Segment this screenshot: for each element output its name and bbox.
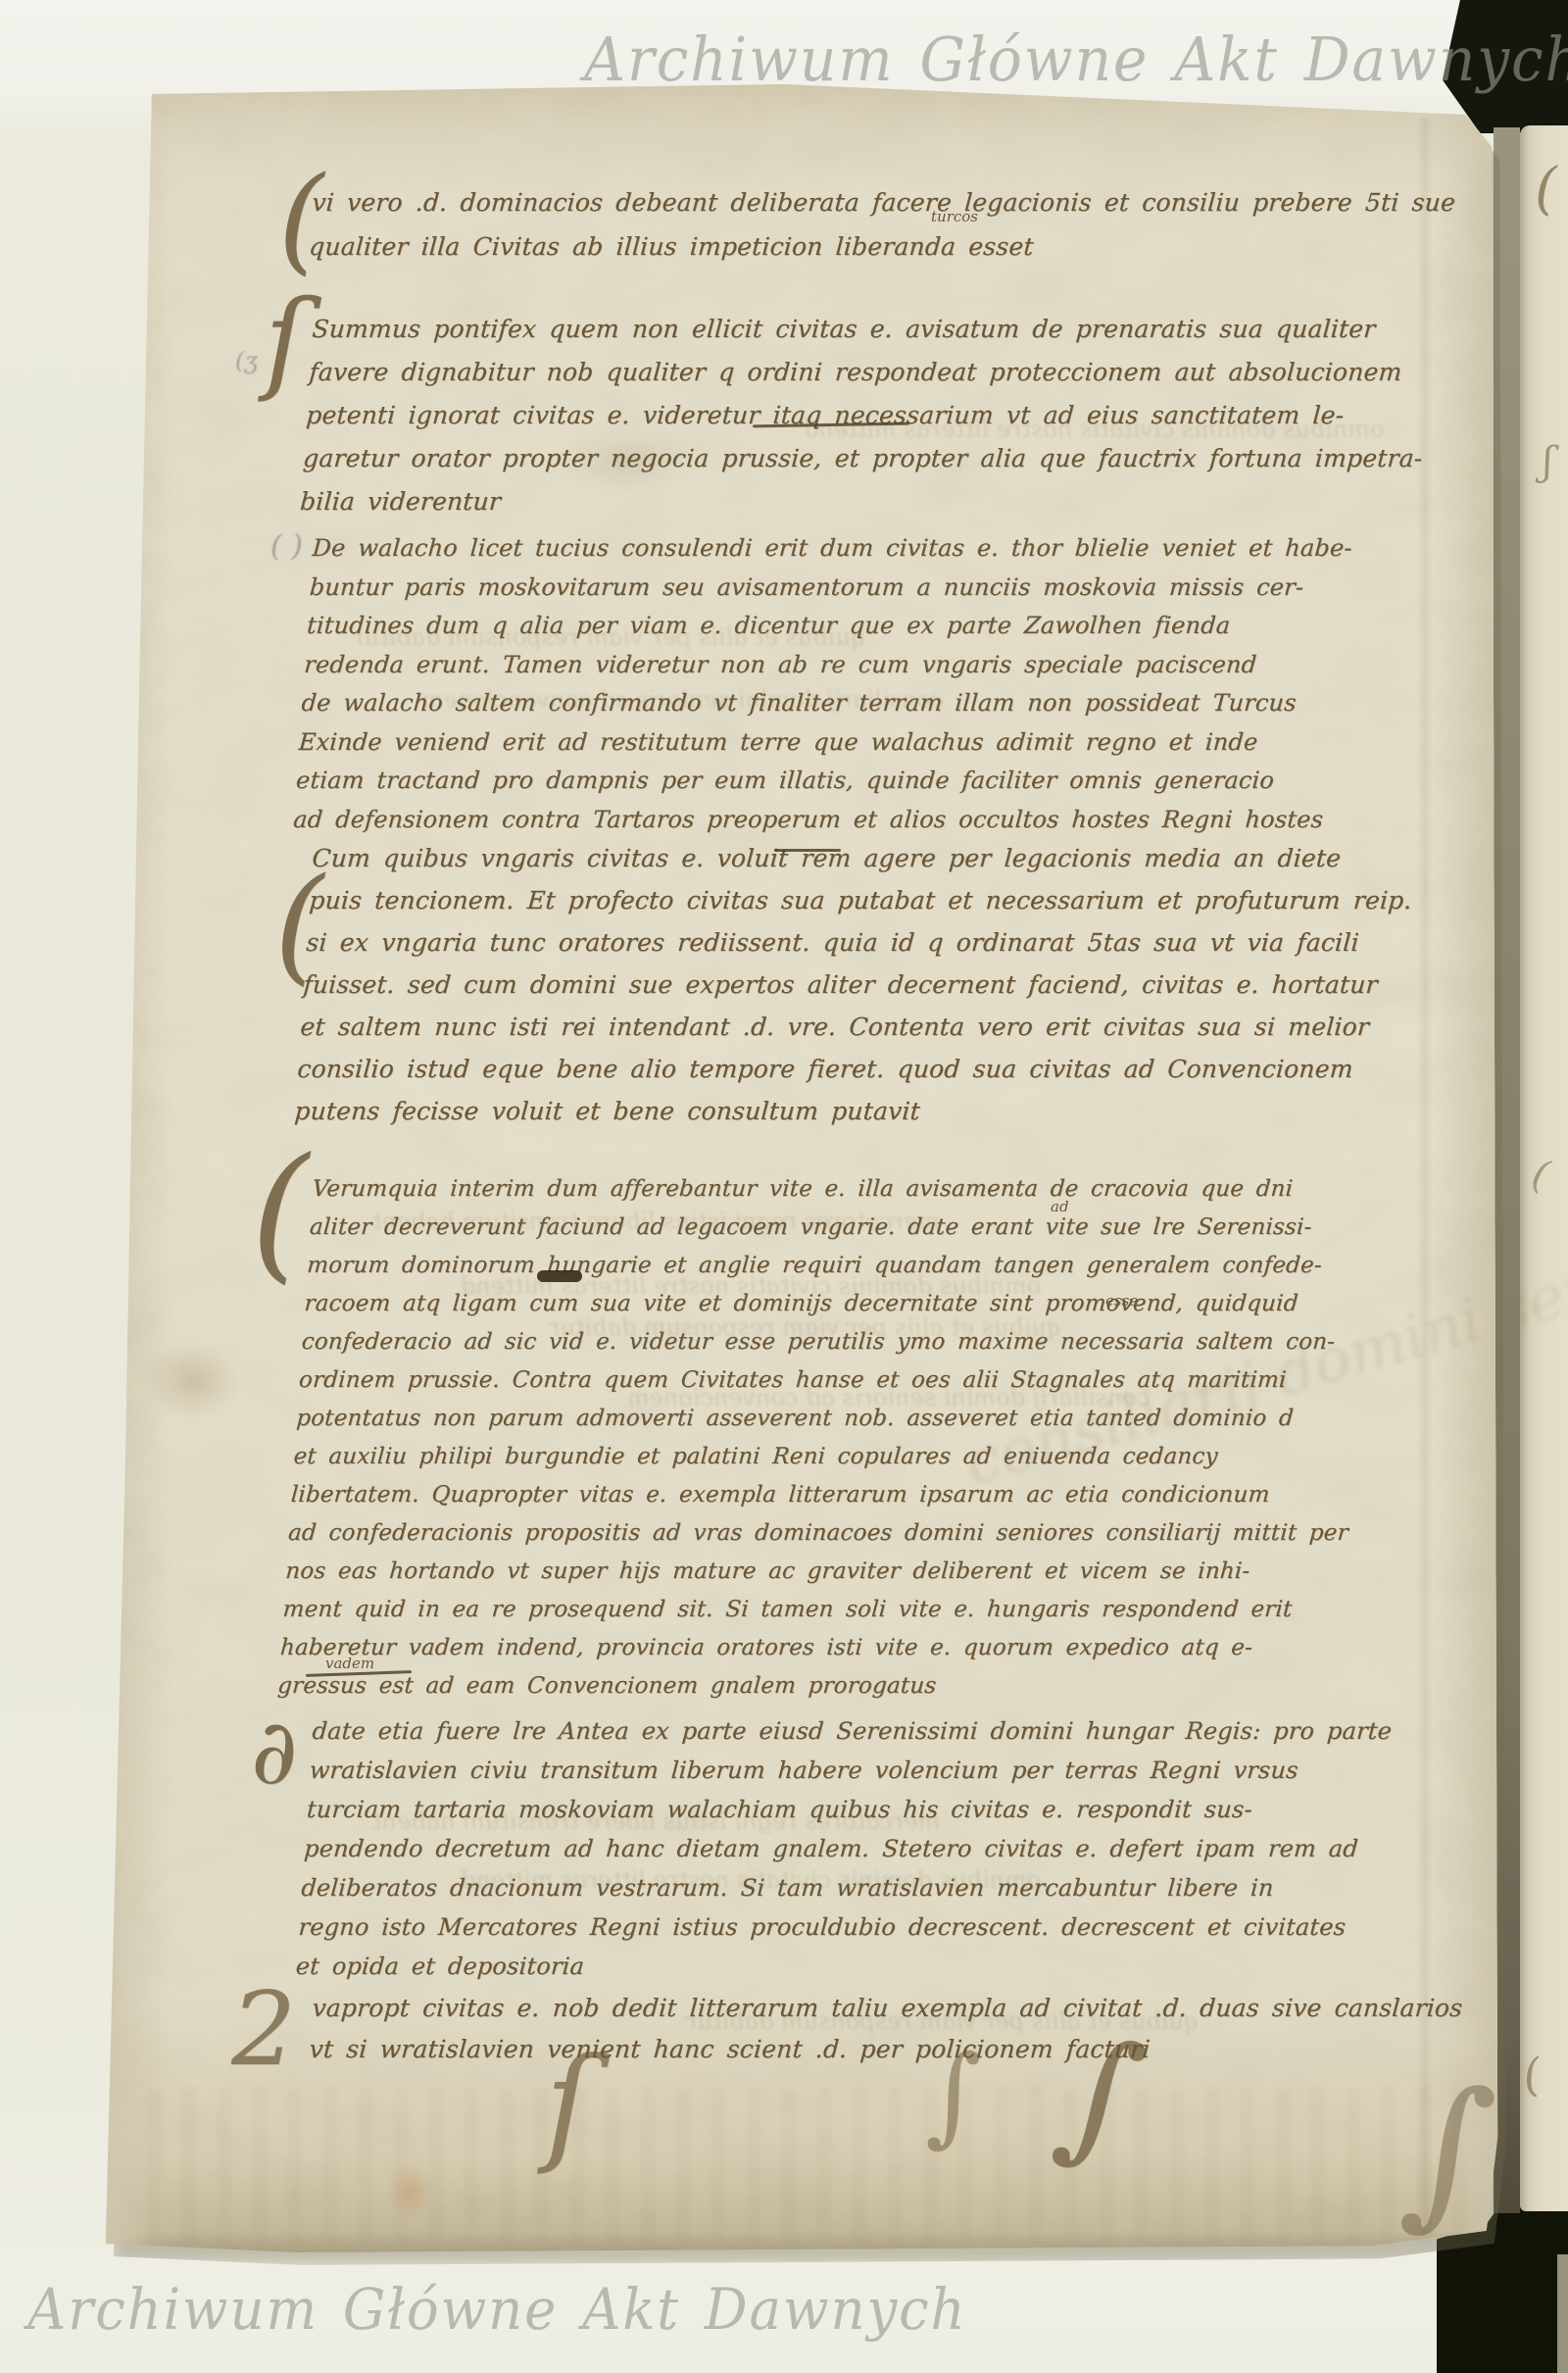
initial-flourish: ( <box>278 161 323 276</box>
text-line: qualiter illa Civitas ab illius impetici… <box>308 224 1454 269</box>
ink-blot-correction <box>537 1270 582 1282</box>
text-line: putens fecisse voluit et bene consultum … <box>293 1090 1398 1132</box>
interlinear-insert: turcos <box>931 208 978 225</box>
ink-strikethrough <box>774 849 841 852</box>
text-line: haberetur vadem indend, provincia orator… <box>279 1629 1342 1667</box>
text-line: puis tencionem. Et profecto civitas sua … <box>308 879 1413 921</box>
text-line: et auxiliu philipi burgundie et palatini… <box>292 1438 1354 1476</box>
text-line: titudines dum q alia per viam e. dicentu… <box>306 607 1348 646</box>
text-line: nos eas hortando vt super hijs mature ac… <box>284 1553 1347 1591</box>
text-line: potentatus non parum admoverti asseveren… <box>295 1400 1357 1438</box>
text-line: garetur orator propter negocia prussie, … <box>302 437 1424 480</box>
text-line: deliberatos dnacionum vestrarum. Si tam … <box>300 1868 1382 1907</box>
paragraph-5: Verumquia interim dum afferebantur vite … <box>276 1170 1374 1706</box>
text-line: si ex vngaria tunc oratores rediissent. … <box>305 921 1410 964</box>
text-line: petenti ignorat civitas e. videretur ita… <box>305 394 1427 437</box>
archive-watermark-bottom: Archiwum Główne Akt Dawnych <box>27 2276 967 2343</box>
interlinear-insert: vadem <box>325 1655 374 1672</box>
page-wrinkles <box>147 2088 1480 2245</box>
text-line: et saltem nunc isti rei intendant .d. vr… <box>299 1006 1404 1048</box>
text-line: turciam tartaria moskoviam walachiam qui… <box>306 1790 1388 1829</box>
descender-flourish: ∫ <box>925 2041 981 2149</box>
paragraph-2: Summus pontifex quem non ellicit civitas… <box>299 308 1434 523</box>
text-line: Cum quibus vngaris civitas e. voluit rem… <box>311 837 1416 879</box>
text-line: buntur paris moskovitarum seu avisamento… <box>308 569 1350 608</box>
paragraph-1: vi vero .d. dominacios debeant deliberat… <box>308 180 1457 269</box>
text-line: redenda erunt. Tamen videretur non ab re… <box>303 646 1346 685</box>
text-line: et opida et depositoria <box>294 1947 1376 1986</box>
text-line: morum dominorum hungarie et anglie requi… <box>306 1247 1368 1285</box>
manuscript-scan: ( ʃ ( ( omnibus dominis civitatis nostre… <box>0 0 1568 2373</box>
facing-page-ink-mark: ( <box>1535 155 1557 222</box>
text-line: Exinde veniend erit ad restitutum terre … <box>297 723 1340 763</box>
facing-page-ink-mark: ʃ <box>1543 439 1553 484</box>
text-line: ad defensionem contra Tartaros preoperum… <box>292 801 1335 840</box>
text-line: etiam tractand pro dampnis per eum illat… <box>295 762 1338 801</box>
text-line: vi vero .d. dominacios debeant deliberat… <box>311 180 1457 224</box>
text-line: vapropt civitas e. nob dedit litterarum … <box>311 1988 1464 2029</box>
archive-watermark-top: Archiwum Główne Akt Dawnych <box>584 24 1568 95</box>
initial-flourish: ( <box>251 1139 309 1286</box>
interlinear-insert: ad <box>1051 1198 1069 1215</box>
text-line: pendendo decretum ad hanc dietam gnalem.… <box>303 1829 1385 1868</box>
text-line: de walacho saltem confirmando vt finalit… <box>300 684 1343 723</box>
text-line: gressus est ad eam Convencionem gnalem p… <box>276 1667 1339 1706</box>
initial-flourish: 2 <box>231 1978 296 2080</box>
text-line: racoem atq ligam cum sua vite et dominij… <box>303 1285 1365 1323</box>
text-line: ment quid in ea re prosequend sit. Si ta… <box>281 1591 1344 1629</box>
initial-flourish: ſ <box>265 286 305 396</box>
paragraph-3: De walacho licet tucius consulendi erit … <box>292 529 1353 839</box>
text-line: favere dignabitur nob qualiter q ordini … <box>308 351 1430 394</box>
initial-flourish: ( <box>274 863 323 988</box>
paragraph-6: date etia fuere lre Antea ex parte eiusd… <box>294 1711 1393 1986</box>
text-line: consilio istud eque bene alio tempore fi… <box>296 1048 1401 1090</box>
paper-stain <box>143 1341 241 1419</box>
pencil-marginal-note: ( ) <box>270 529 303 564</box>
text-line: libertatem. Quapropter vitas e. exempla … <box>289 1476 1351 1514</box>
text-line: fuisset. sed cum domini sue expertos ali… <box>302 964 1407 1006</box>
text-line: Summus pontifex quem non ellicit civitas… <box>311 308 1433 351</box>
text-line: ordinem prussie. Contra quem Civitates h… <box>298 1361 1360 1400</box>
paper-stain <box>388 2164 433 2219</box>
text-line: Verumquia interim dum afferebantur vite … <box>311 1170 1373 1209</box>
paragraph-4: Cum quibus vngaris civitas e. voluit rem… <box>293 837 1416 1132</box>
descender-flourish: ∫ <box>1396 2064 1500 2239</box>
text-line: De walacho licet tucius consulendi erit … <box>311 529 1353 569</box>
text-line: aliter decreverunt faciund ad legacoem v… <box>309 1209 1371 1247</box>
pencil-marginal-note: (ʒ <box>235 347 258 374</box>
text-line: confederacio ad sic vid e. videtur esse … <box>300 1323 1362 1361</box>
text-line: regno isto Mercatores Regni istius procu… <box>297 1907 1379 1947</box>
paragraph-7: vapropt civitas e. nob dedit litterarum … <box>308 1988 1464 2070</box>
text-line: ad confederacionis propositis ad vras do… <box>287 1514 1349 1553</box>
text-line: bilia viderentur <box>299 480 1421 523</box>
interlinear-insert: esse <box>1105 1292 1138 1310</box>
descender-flourish: ſ <box>545 2043 591 2168</box>
book-edge-strip <box>1557 2254 1568 2373</box>
text-line: vt si wratislavien venient hanc scient .… <box>308 2029 1461 2070</box>
text-line: date etia fuere lre Antea ex parte eiusd… <box>311 1711 1393 1751</box>
text-line: wratislavien civiu transitum liberum hab… <box>308 1751 1390 1790</box>
initial-flourish: ∂ <box>251 1707 298 1798</box>
